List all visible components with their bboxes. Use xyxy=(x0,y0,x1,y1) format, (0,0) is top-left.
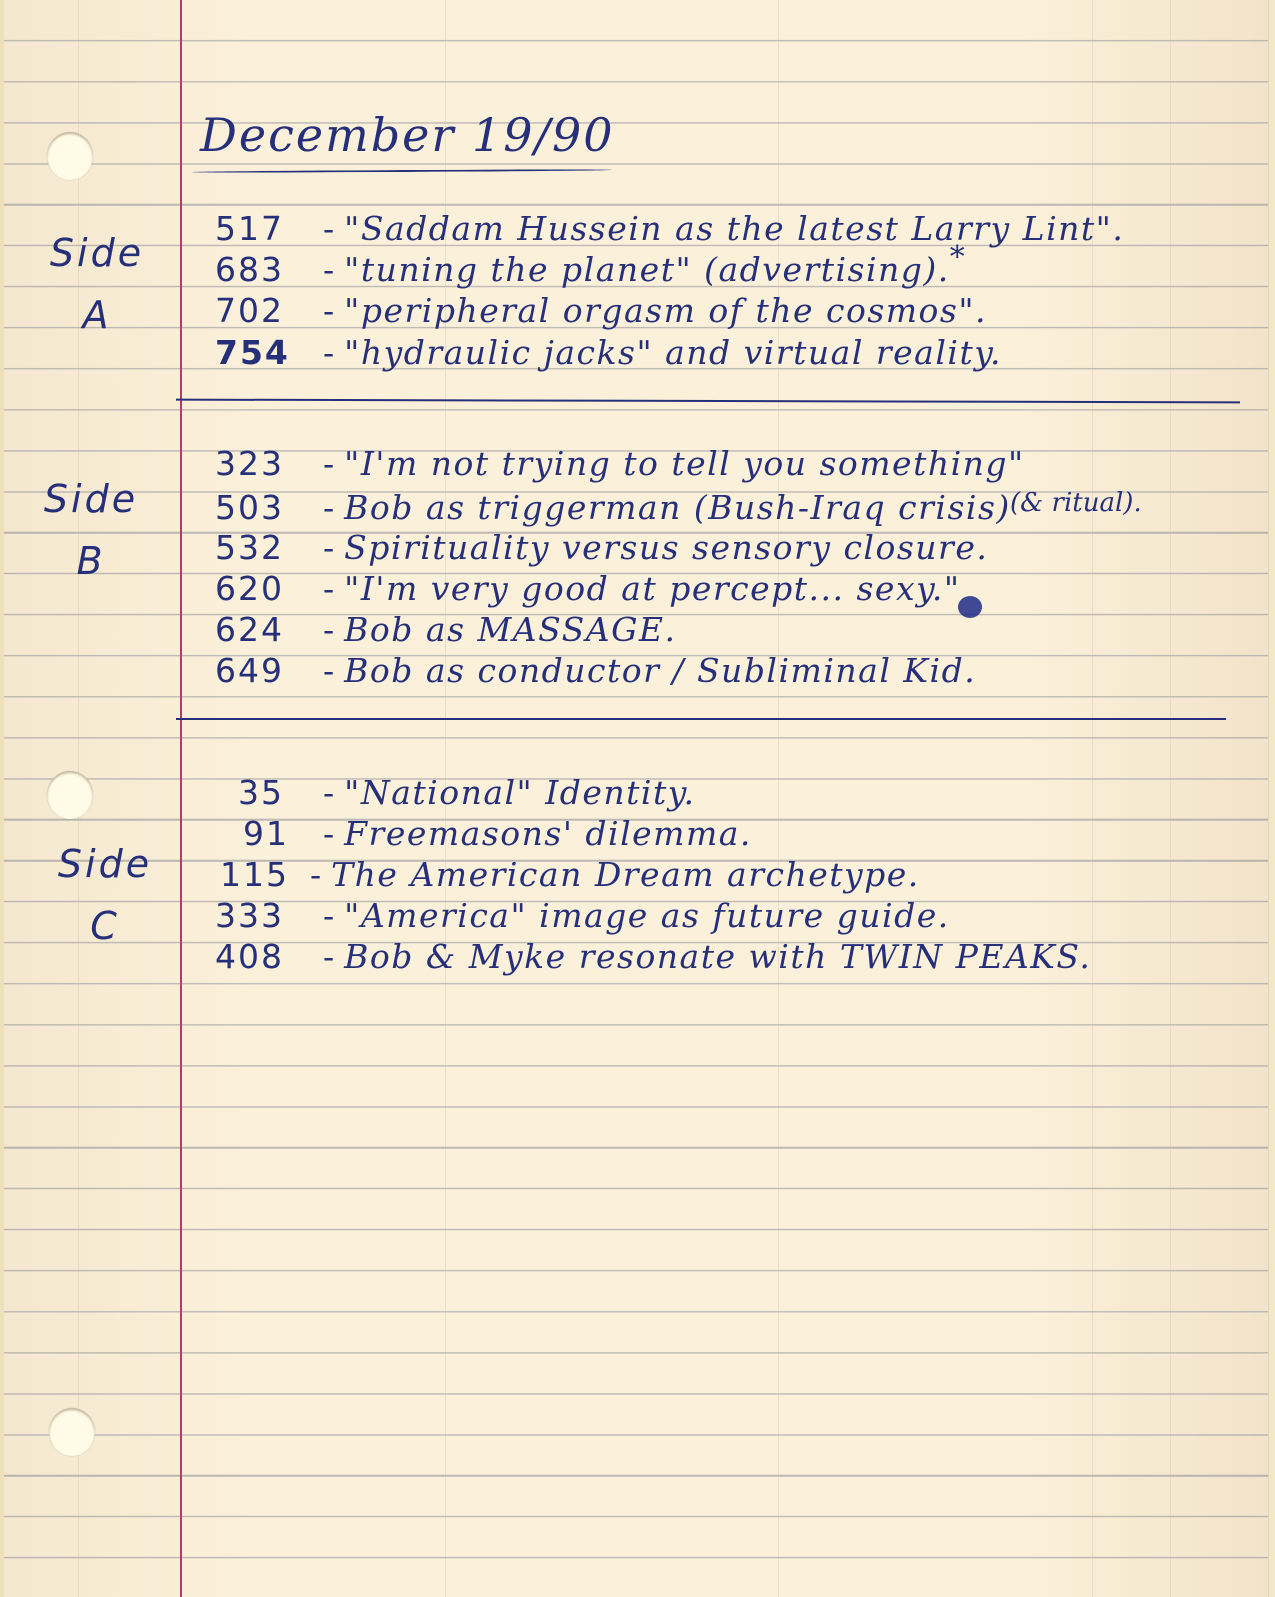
entry-side-b-5: 624 - Bob as MASSAGE. xyxy=(215,610,677,651)
separator: - xyxy=(323,444,334,483)
separator: - xyxy=(323,773,334,812)
side-label-letter: C xyxy=(30,895,180,957)
side-a-label: Side A xyxy=(22,222,172,346)
entry-side-a-1: 517 - "Saddam Hussein as the latest Larr… xyxy=(215,209,1124,250)
entry-side-b-6: 649 - Bob as conductor / Subliminal Kid. xyxy=(215,651,976,692)
entry-text: Freemasons' dilemma. xyxy=(344,814,752,853)
counter-number: 323 xyxy=(215,444,323,483)
entry-text: Bob as conductor / Subliminal Kid. xyxy=(344,651,976,690)
counter-number: 408 xyxy=(215,937,323,976)
counter-number: 503 xyxy=(215,488,323,527)
counter-number: 624 xyxy=(215,610,323,649)
counter-number: 649 xyxy=(215,651,323,690)
separator: - xyxy=(323,896,334,935)
ritual-annotation: (& ritual). xyxy=(1010,488,1142,518)
separator: - xyxy=(310,855,321,894)
separator: - xyxy=(323,250,334,289)
counter-number: 35 xyxy=(238,773,323,812)
entry-side-c-4: 333 - "America" image as future guide. xyxy=(215,896,950,937)
asterisk-mark: * xyxy=(950,240,967,275)
entry-text: "America" image as future guide. xyxy=(344,896,950,935)
entry-side-a-3: 702 - "peripheral orgasm of the cosmos". xyxy=(215,291,987,332)
paper-left-edge xyxy=(0,0,4,1597)
entry-side-b-3: 532 - Spirituality versus sensory closur… xyxy=(215,528,988,569)
entry-text: Bob as triggerman (Bush-Iraq crisis) xyxy=(344,488,1011,527)
paper-right-edge xyxy=(1268,0,1275,1597)
counter-number: 333 xyxy=(215,896,323,935)
side-c-label: Side C xyxy=(30,833,180,957)
margin-line xyxy=(180,0,182,1597)
entry-text: Bob & Myke resonate with TWIN PEAKS. xyxy=(344,937,1091,976)
separator: - xyxy=(323,528,334,567)
entry-text: "Saddam Hussein as the latest Larry Lint… xyxy=(344,209,1124,248)
entry-side-a-2: 683 - "tuning the planet" (advertising).… xyxy=(215,250,966,291)
ink-scribble-blot xyxy=(958,596,982,618)
entry-side-c-5: 408 - Bob & Myke resonate with TWIN PEAK… xyxy=(215,937,1091,978)
entry-side-c-3: 115 - The American Dream archetype. xyxy=(220,855,920,896)
side-b-label: Side B xyxy=(16,468,166,592)
counter-number: 517 xyxy=(215,209,323,248)
counter-number: 683 xyxy=(215,250,323,289)
entry-side-c-2: 91 - Freemasons' dilemma. xyxy=(243,814,752,855)
counter-number: 620 xyxy=(215,569,323,608)
separator: - xyxy=(323,814,334,853)
entry-side-b-1: 323 - "I'm not trying to tell you someth… xyxy=(215,444,1025,485)
binder-hole xyxy=(47,771,93,819)
entry-side-b-4: 620 - "I'm very good at percept... sexy.… xyxy=(215,569,961,610)
entry-text: Spirituality versus sensory closure. xyxy=(344,528,988,567)
separator: - xyxy=(323,610,334,649)
counter-number: 702 xyxy=(215,291,323,330)
counter-number: 754 xyxy=(215,333,323,372)
entry-text: "National" Identity. xyxy=(344,773,695,812)
counter-number: 532 xyxy=(215,528,323,567)
side-label-letter: A xyxy=(22,284,172,346)
side-label-word: Side xyxy=(22,222,172,284)
entry-text: Bob as MASSAGE. xyxy=(344,610,676,649)
entry-text: "I'm very good at percept... sexy." xyxy=(344,569,960,608)
separator: - xyxy=(323,488,334,527)
separator: - xyxy=(323,651,334,690)
entry-side-c-1: 35 - "National" Identity. xyxy=(238,773,696,814)
section-divider xyxy=(176,718,1226,720)
side-label-letter: B xyxy=(16,530,166,592)
faint-vertical-rule xyxy=(1170,0,1171,1597)
side-label-word: Side xyxy=(30,833,180,895)
entry-side-b-2: 503 - Bob as triggerman (Bush-Iraq crisi… xyxy=(215,488,1011,529)
entry-text: "I'm not trying to tell you something" xyxy=(344,444,1025,483)
entry-side-a-4: 754 - "hydraulic jacks" and virtual real… xyxy=(215,333,1002,374)
separator: - xyxy=(323,333,334,372)
separator: - xyxy=(323,209,334,248)
side-label-word: Side xyxy=(16,468,166,530)
counter-number: 91 xyxy=(243,814,323,853)
separator: - xyxy=(323,569,334,608)
page-title-date: December 19/90 xyxy=(200,108,615,162)
entry-text: The American Dream archetype. xyxy=(331,855,920,894)
separator: - xyxy=(323,291,334,330)
entry-text: "hydraulic jacks" and virtual reality. xyxy=(344,333,1002,372)
counter-number: 115 xyxy=(220,855,310,894)
separator: - xyxy=(323,937,334,976)
entry-text: "peripheral orgasm of the cosmos". xyxy=(344,291,987,330)
binder-hole xyxy=(49,1408,95,1456)
entry-text: "tuning the planet" (advertising). xyxy=(344,250,950,289)
binder-hole xyxy=(47,132,93,180)
